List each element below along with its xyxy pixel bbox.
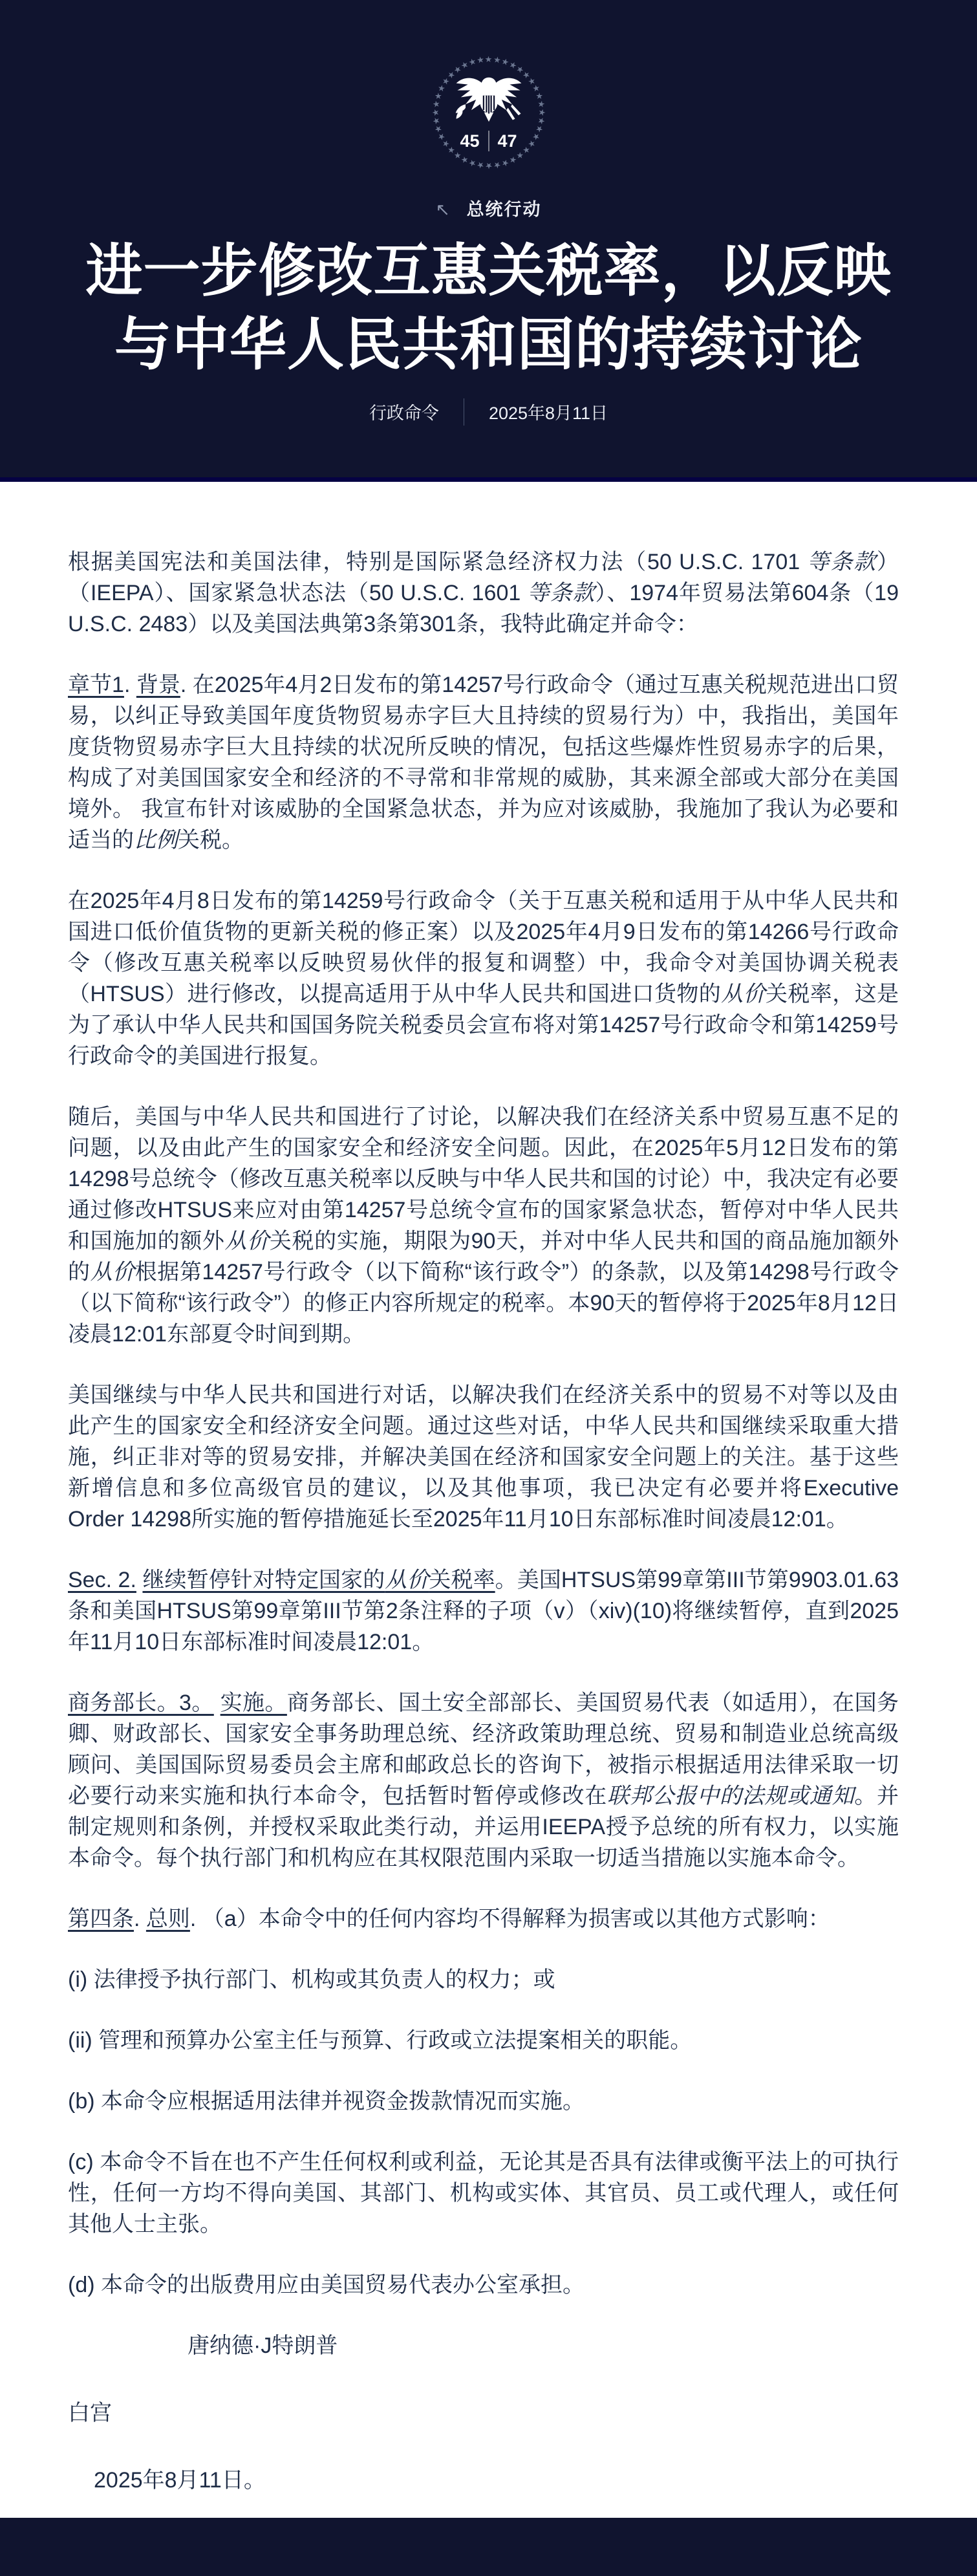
- meta-category: 行政命令: [369, 399, 439, 424]
- meta-date: 2025年8月11日: [489, 399, 608, 424]
- seal-number-divider: [488, 131, 489, 151]
- eyebrow-label: 总统行动: [467, 200, 542, 219]
- text-segment: 从价: [721, 982, 766, 1006]
- paragraph: Sec. 2. 继续暂停针对特定国家的从价关税率。美国HTSUS第99章第III…: [68, 1564, 899, 1658]
- text-segment: 根据美国宪法和美国法律，特别是国际紧急经济权力法（50 U.S.C. 1701: [68, 550, 807, 574]
- text-segment: (b) 本命令应根据适用法律并视资金拨款情况而实施。: [68, 2089, 585, 2114]
- meta-divider: [464, 398, 464, 426]
- text-segment: (i) 法律授予执行部门、机构或其负责人的权力；或: [68, 1967, 555, 1992]
- paragraphs: 根据美国宪法和美国法律，特别是国际紧急经济权力法（50 U.S.C. 1701 …: [68, 547, 899, 2300]
- text-segment: (c) 本命令不旨在也不产生任何权利或利益，无论其是否具有法律或衡平法上的可执行…: [68, 2150, 899, 2236]
- seal-number-47: 47: [498, 131, 517, 151]
- paragraph: 第四条. 总则. （a）本命令中的任何内容均不得解释为损害或以其他方式影响：: [68, 1903, 899, 1934]
- presidential-seal: ★★★★★★★★★★★★★★★★★★★★★★★★★★★★★★★★★★★★★★★★: [432, 56, 546, 169]
- text-segment: Sec. 2.: [68, 1568, 136, 1592]
- hero: ★★★★★★★★★★★★★★★★★★★★★★★★★★★★★★★★★★★★★★★★: [0, 0, 977, 477]
- text-segment: 继续暂停针对特定国家的: [142, 1568, 385, 1592]
- paragraph: 章节1. 背景. 在2025年4月2日发布的第14257号行政命令（通过互惠关税…: [68, 669, 899, 856]
- page: ★★★★★★★★★★★★★★★★★★★★★★★★★★★★★★★★★★★★★★★★: [0, 0, 977, 2576]
- text-segment: 章节1: [68, 673, 124, 697]
- text-segment: 等条款: [807, 550, 877, 574]
- text-segment: (ii) 管理和预算办公室主任与预算、行政或立法提案相关的职能。: [68, 2028, 692, 2053]
- article-body: 根据美国宪法和美国法律，特别是国际紧急经济权力法（50 U.S.C. 1701 …: [0, 477, 977, 2518]
- presidential-actions-link[interactable]: ↖ 总统行动: [0, 195, 977, 221]
- text-segment: . （a）本命令中的任何内容均不得解释为损害或以其他方式影响：: [190, 1907, 830, 1931]
- text-segment: 根据第14257号行政令（以下简称“该行政令”）的条款，以及第14298号行政令…: [68, 1260, 899, 1347]
- paragraph: (i) 法律授予执行部门、机构或其负责人的权力；或: [68, 1964, 899, 1995]
- text-segment: .: [124, 673, 136, 697]
- paragraph: 根据美国宪法和美国法律，特别是国际紧急经济权力法（50 U.S.C. 1701 …: [68, 547, 899, 640]
- page-footer: [0, 2518, 977, 2576]
- page-title-line1: 进一步修改互惠关税率，以反映: [85, 237, 891, 304]
- paragraph: 商务部长。3。 实施。商务部长、国土安全部部长、美国贸易代表（如适用），在国务卿…: [68, 1687, 899, 1874]
- signature-date: 2025年8月11日。: [68, 2465, 899, 2496]
- article-meta: 行政命令 2025年8月11日: [0, 398, 977, 426]
- star-icon: ★: [431, 108, 441, 117]
- seal-numbers: 45 47: [432, 131, 546, 151]
- text-segment: . 在2025年4月2日发布的第14257号行政命令（通过互惠关税规范进出口贸易…: [68, 673, 899, 852]
- text-segment: 从价: [91, 1260, 135, 1284]
- star-icon: ★: [475, 54, 486, 66]
- text-segment: 第四条: [68, 1907, 134, 1931]
- seal-number-45: 45: [460, 131, 479, 151]
- paragraph: 随后，美国与中华人民共和国进行了讨论，以解决我们在经济关系中贸易互惠不足的问题，…: [68, 1101, 899, 1350]
- page-title-line2: 与中华人民共和国的持续讨论: [114, 310, 863, 378]
- page-title: 进一步修改互惠关税率，以反映 与中华人民共和国的持续讨论: [0, 233, 977, 382]
- text-segment: 关税率: [429, 1568, 495, 1592]
- paragraph: (d) 本命令的出版费用应由美国贸易代表办公室承担。: [68, 2269, 899, 2300]
- eagle-icon: [448, 70, 530, 129]
- text-segment: 联邦公报中的法规或通知: [607, 1784, 854, 1808]
- paragraph: 在2025年4月8日发布的第14259号行政命令（关于互惠关税和适用于从中华人民…: [68, 885, 899, 1072]
- text-segment: 总则: [146, 1907, 190, 1931]
- text-segment: 关税。: [178, 828, 244, 852]
- text-segment: .: [134, 1907, 146, 1931]
- text-segment: (d) 本命令的出版费用应由美国贸易代表办公室承担。: [68, 2273, 585, 2297]
- paragraph: (c) 本命令不旨在也不产生任何权利或利益，无论其是否具有法律或衡平法上的可执行…: [68, 2147, 899, 2240]
- text-segment: 比例: [134, 828, 178, 852]
- text-segment: 等条款: [528, 581, 596, 605]
- text-segment: 从价: [385, 1568, 429, 1592]
- text-segment: [214, 1691, 220, 1715]
- paragraph: (ii) 管理和预算办公室主任与预算、行政或立法提案相关的职能。: [68, 2025, 899, 2056]
- text-segment: 背景: [136, 673, 180, 697]
- signature-location: 白宫: [68, 2397, 899, 2429]
- paragraph: 美国继续与中华人民共和国进行对话，以解决我们在经济关系中的贸易不对等以及由此产生…: [68, 1380, 899, 1535]
- paragraph: (b) 本命令应根据适用法律并视资金拨款情况而实施。: [68, 2086, 899, 2117]
- text-segment: 实施。: [220, 1691, 287, 1715]
- star-icon: ★: [431, 116, 442, 126]
- back-arrow-icon: ↖: [435, 200, 451, 219]
- text-segment: 美国继续与中华人民共和国进行对话，以解决我们在经济关系中的贸易不对等以及由此产生…: [68, 1383, 899, 1532]
- text-segment: 商务部长。3。: [68, 1691, 214, 1715]
- signature-name: 唐纳德·J特朗普: [188, 2330, 899, 2361]
- text-segment: 从价: [225, 1229, 270, 1253]
